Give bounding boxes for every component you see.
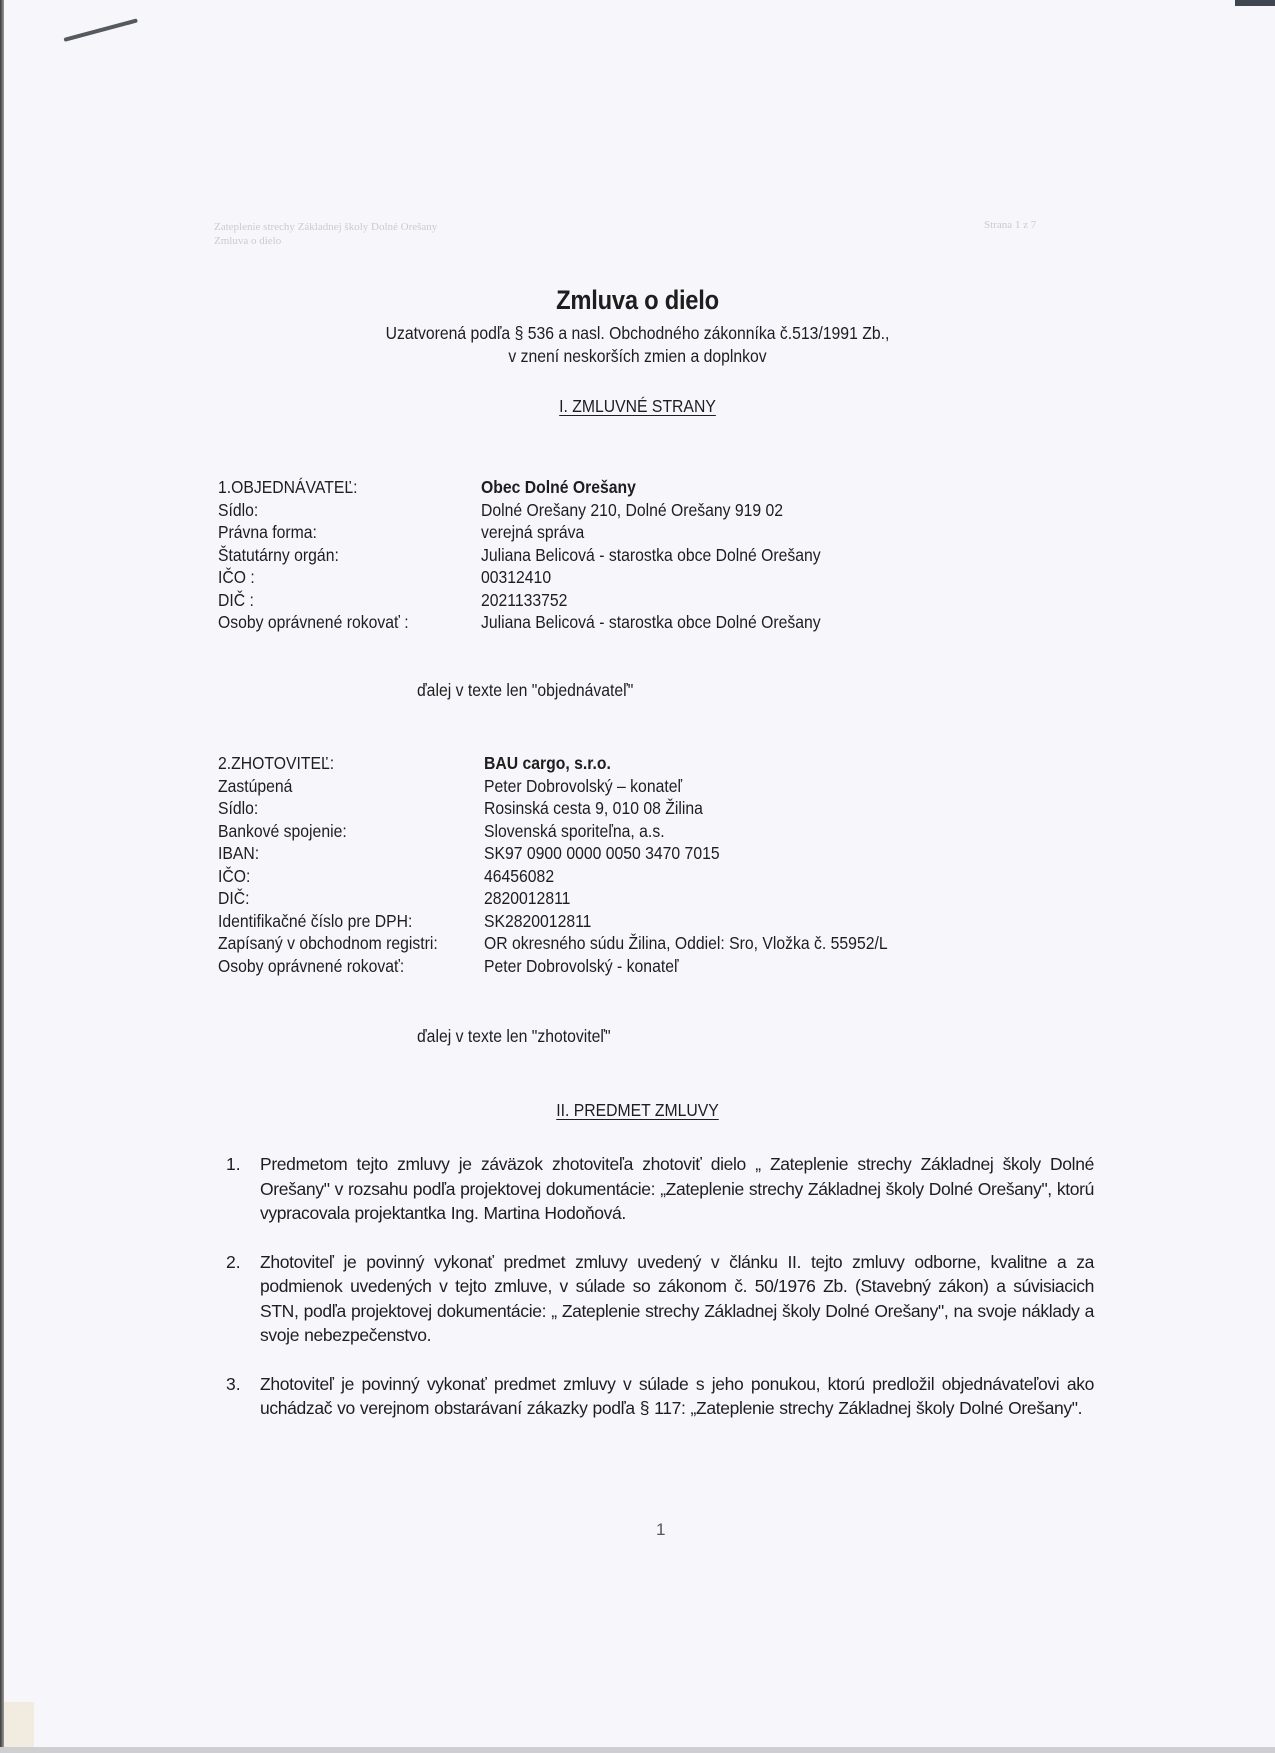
party-field-row: Osoby oprávnené rokovať :Juliana Belicov… [218, 611, 858, 634]
party-field-row: Sídlo:Dolné Orešany 210, Dolné Orešany 9… [218, 499, 858, 522]
document-subtitle: v znení neskorších zmien a doplnkov [64, 346, 1212, 367]
field-value: 2820012811 [484, 887, 570, 910]
ghost-header-line: Zateplenie strechy Základnej školy Dolné… [214, 220, 437, 234]
field-label: Sídlo: [218, 499, 455, 522]
party-field-row: Sídlo:Rosinská cesta 9, 010 08 Žilina [218, 797, 932, 820]
scan-edge [0, 1747, 1275, 1753]
party-field-row: ZastúpenáPeter Dobrovolský – konateľ [218, 775, 932, 798]
party-contractor: 2.ZHOTOVITEĽ:BAU cargo, s.r.o.ZastúpenáP… [218, 752, 932, 977]
field-label: 1.OBJEDNÁVATEĽ: [218, 476, 455, 499]
field-value: 46456082 [484, 865, 554, 888]
clause-text: Zhotoviteľ je povinný vykonať predmet zm… [260, 1250, 1094, 1348]
clause-number: 3. [226, 1372, 241, 1397]
field-label: Bankové spojenie: [218, 820, 457, 843]
field-label: Štatutárny orgán: [218, 544, 455, 567]
field-label: Zastúpená [218, 775, 457, 798]
clause-number: 1. [226, 1152, 241, 1177]
party-field-row: DIČ:2820012811 [218, 887, 932, 910]
page-number: 1 [656, 1520, 665, 1540]
scan-corner [4, 1702, 34, 1747]
section-heading-text: II. PREDMET ZMLUVY [556, 1100, 718, 1120]
field-value: SK2820012811 [484, 910, 591, 933]
section-heading-subject: II. PREDMET ZMLUVY [64, 1100, 1212, 1121]
field-label: Osoby oprávnené rokovať : [218, 611, 455, 634]
party-field-row: Identifikačné číslo pre DPH:SK2820012811 [218, 910, 932, 933]
clause-list: 1.Predmetom tejto zmluvy je záväzok zhot… [226, 1152, 1094, 1445]
field-value: 2021133752 [481, 589, 567, 612]
party-field-row: IČO:46456082 [218, 865, 932, 888]
party-field-row: 2.ZHOTOVITEĽ:BAU cargo, s.r.o. [218, 752, 932, 775]
clause-item: 1.Predmetom tejto zmluvy je záväzok zhot… [226, 1152, 1094, 1226]
field-label: 2.ZHOTOVITEĽ: [218, 752, 457, 775]
field-value: Rosinská cesta 9, 010 08 Žilina [484, 797, 703, 820]
field-label: Právna forma: [218, 521, 455, 544]
field-value: verejná správa [481, 521, 584, 544]
field-label: DIČ: [218, 887, 457, 910]
clause-text: Zhotoviteľ je povinný vykonať predmet zm… [260, 1372, 1094, 1421]
field-value: Juliana Belicová - starostka obce Dolné … [481, 611, 821, 634]
client-alias: ďalej v texte len "objednávateľ" [417, 680, 633, 701]
scan-edge [1235, 0, 1275, 6]
field-label: IČO : [218, 566, 455, 589]
field-value: Slovenská sporiteľna, a.s. [484, 820, 665, 843]
party-field-row: Právna forma:verejná správa [218, 521, 858, 544]
clause-item: 2.Zhotoviteľ je povinný vykonať predmet … [226, 1250, 1094, 1348]
contractor-alias: ďalej v texte len "zhotoviteľ" [417, 1026, 611, 1047]
field-value: OR okresného súdu Žilina, Oddiel: Sro, V… [484, 932, 888, 955]
field-value: 00312410 [481, 566, 551, 589]
field-label: DIČ : [218, 589, 455, 612]
pen-mark [63, 18, 137, 42]
field-value: Peter Dobrovolský - konateľ [484, 955, 679, 978]
field-value: SK97 0900 0000 0050 3470 7015 [484, 842, 720, 865]
field-label: IBAN: [218, 842, 457, 865]
ghost-header-line: Zmluva o dielo [214, 234, 437, 248]
bleed-through-page-indicator: Strana 1 z 7 [984, 218, 1036, 232]
field-label: Identifikačné číslo pre DPH: [218, 910, 457, 933]
party-field-row: Osoby oprávnené rokovať:Peter Dobrovolsk… [218, 955, 932, 978]
document-subtitle: Uzatvorená podľa § 536 a nasl. Obchodnéh… [64, 323, 1212, 344]
party-field-row: 1.OBJEDNÁVATEĽ:Obec Dolné Orešany [218, 476, 858, 499]
party-field-row: Zapísaný v obchodnom registri:OR okresné… [218, 932, 932, 955]
field-value: Juliana Belicová - starostka obce Dolné … [481, 544, 821, 567]
party-field-row: Štatutárny orgán:Juliana Belicová - star… [218, 544, 858, 567]
field-value: Dolné Orešany 210, Dolné Orešany 919 02 [481, 499, 783, 522]
document-title: Zmluva o dielo [77, 285, 1199, 316]
field-value: Peter Dobrovolský – konateľ [484, 775, 682, 798]
clause-item: 3.Zhotoviteľ je povinný vykonať predmet … [226, 1372, 1094, 1421]
clause-text: Predmetom tejto zmluvy je záväzok zhotov… [260, 1152, 1094, 1226]
party-field-row: Bankové spojenie:Slovenská sporiteľna, a… [218, 820, 932, 843]
field-value: Obec Dolné Orešany [481, 476, 636, 499]
section-heading-parties: I. ZMLUVNÉ STRANY [64, 396, 1212, 417]
scan-edge [0, 0, 4, 1753]
section-heading-text: I. ZMLUVNÉ STRANY [559, 396, 716, 416]
field-value: BAU cargo, s.r.o. [484, 752, 611, 775]
clause-number: 2. [226, 1250, 241, 1275]
field-label: Zapísaný v obchodnom registri: [218, 932, 457, 955]
party-field-row: DIČ :2021133752 [218, 589, 858, 612]
party-field-row: IČO :00312410 [218, 566, 858, 589]
field-label: IČO: [218, 865, 457, 888]
party-field-row: IBAN:SK97 0900 0000 0050 3470 7015 [218, 842, 932, 865]
party-client: 1.OBJEDNÁVATEĽ:Obec Dolné OrešanySídlo:D… [218, 476, 858, 634]
field-label: Sídlo: [218, 797, 457, 820]
field-label: Osoby oprávnené rokovať: [218, 955, 457, 978]
bleed-through-header: Zateplenie strechy Základnej školy Dolné… [214, 220, 437, 248]
